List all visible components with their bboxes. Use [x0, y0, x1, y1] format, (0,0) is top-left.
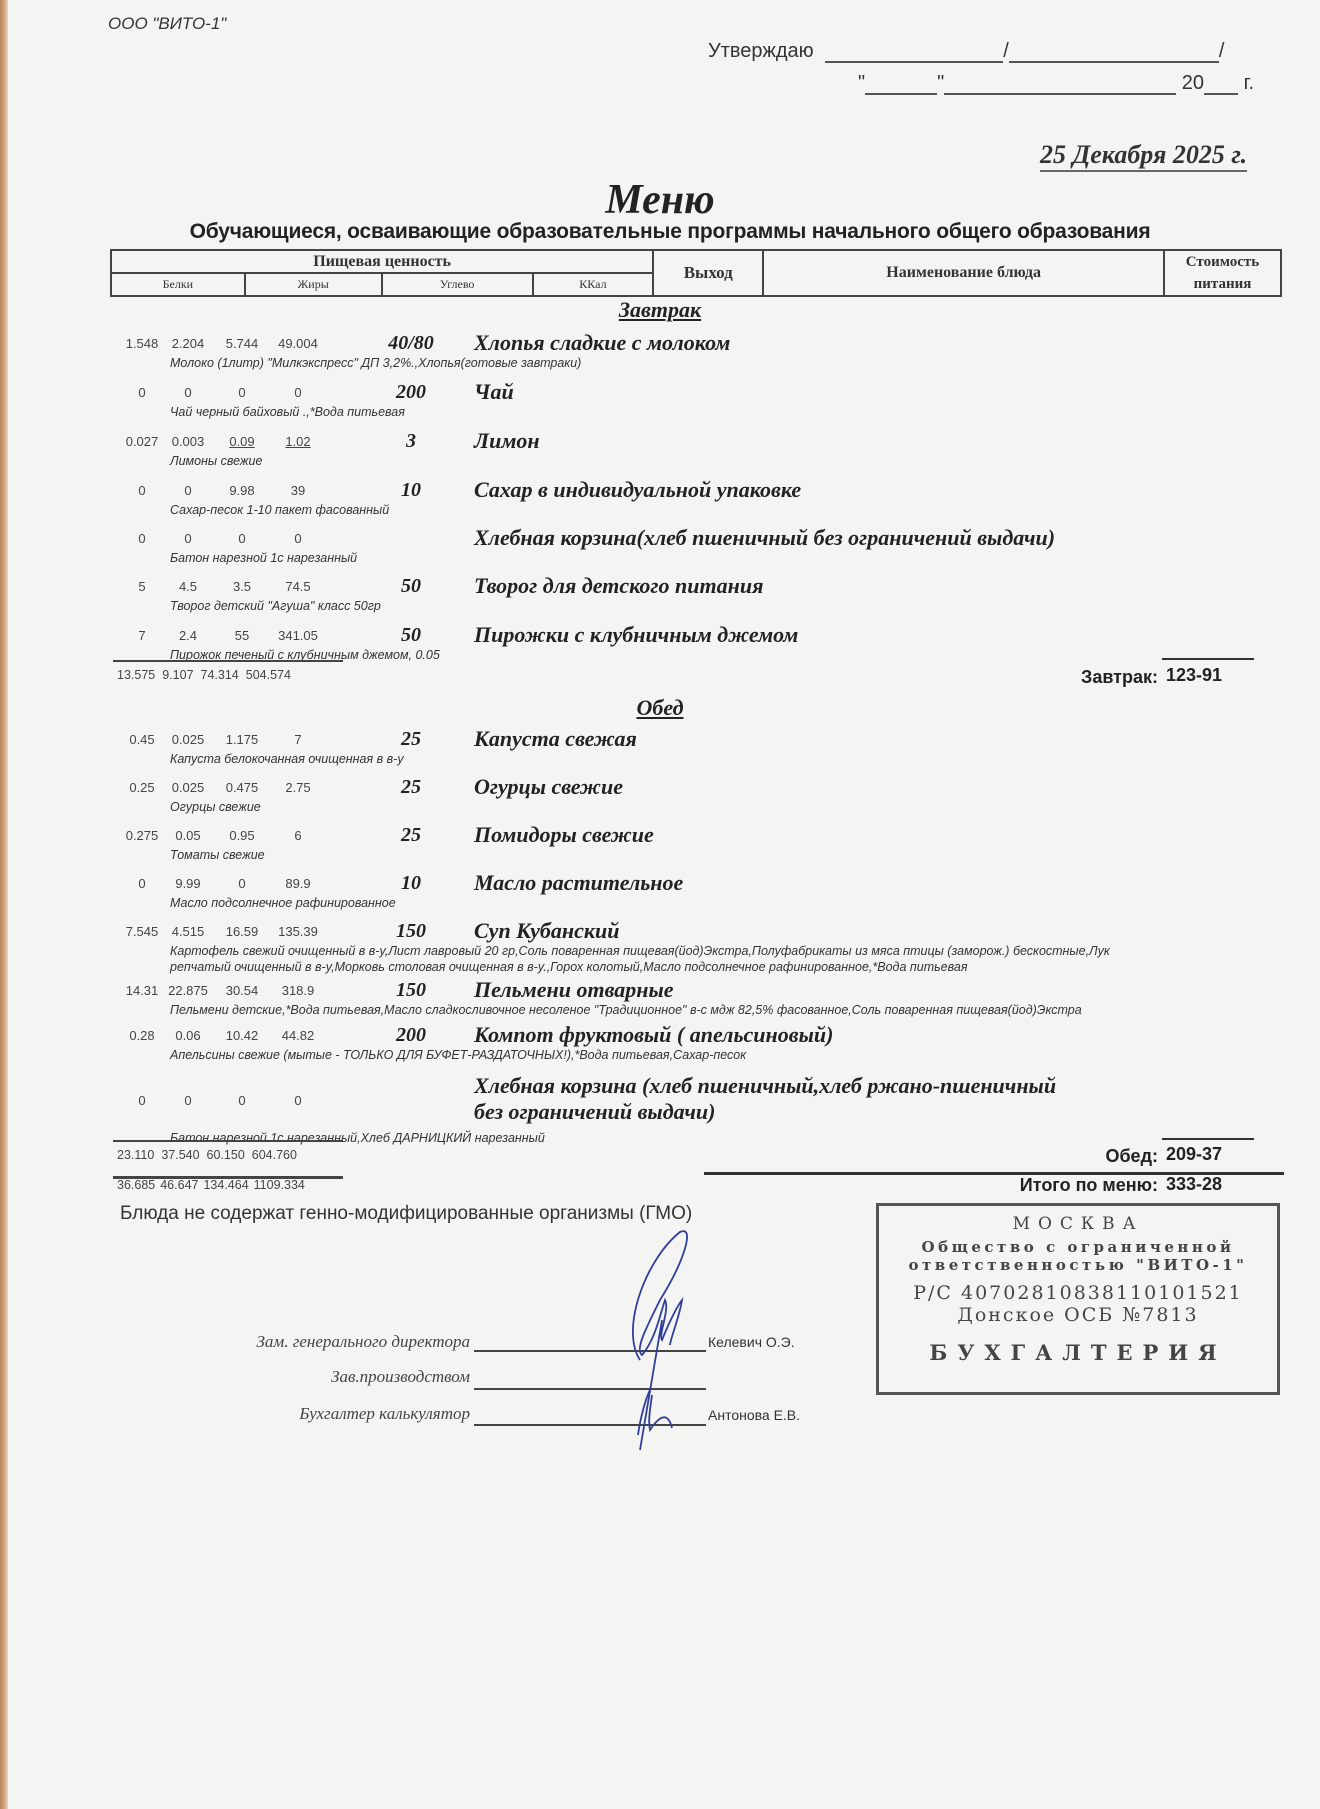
organization-name: ООО "ВИТО-1": [108, 14, 226, 34]
header-fat: Жиры: [245, 273, 382, 296]
nutrient-kcal: 39: [268, 483, 328, 498]
nutrient-carbs: 9.98: [212, 483, 272, 498]
nutrient-carbs: 0: [212, 1093, 272, 1108]
sum-overline: [1162, 658, 1254, 660]
dish-output: 50: [376, 575, 446, 598]
nutrient-fat: 22.875: [158, 983, 218, 998]
nutrient-kcal: 89.9: [268, 876, 328, 891]
total-protein: 23.110: [117, 1148, 154, 1162]
total-fat: 9.107: [162, 668, 193, 682]
nutrient-fat: 0.06: [158, 1028, 218, 1043]
dish-name: Пирожки с клубничным джемом: [474, 622, 798, 648]
menu-date: 25 Декабря 2025 г.: [1040, 140, 1247, 172]
nutrient-carbs: 10.42: [212, 1028, 272, 1043]
dish-name: Сахар в индивидуальной упаковке: [474, 477, 801, 503]
dish-output: 25: [376, 728, 446, 751]
signature-name-deputy-director: Келевич О.Э.: [708, 1334, 795, 1350]
dish-name: Чай: [474, 379, 514, 405]
nutrient-kcal: 1.02: [268, 434, 328, 449]
header-carbs: Углево: [382, 273, 533, 296]
dish-name: Хлопья сладкие с молоком: [474, 330, 730, 356]
approve-date-line: "" 20 г.: [858, 72, 1254, 95]
dish-ingredients: Батон нарезной 1с нарезанный,Хлеб ДАРНИЦ…: [170, 1131, 545, 1145]
section-title-0: Завтрак: [0, 297, 1320, 323]
grand-total-carbs: 134.464: [203, 1178, 248, 1192]
dish-ingredients: Капуста белокочанная очищенная в в-у: [170, 752, 404, 766]
nutrient-kcal: 0: [268, 531, 328, 546]
nutrient-carbs: 30.54: [212, 983, 272, 998]
header-output: Выход: [653, 250, 763, 296]
approve-block: Утверждаю //: [708, 40, 1224, 63]
nutrient-kcal: 49.004: [268, 336, 328, 351]
dish-name: Компот фруктовый ( апельсиновый): [474, 1022, 833, 1048]
dish-name: Хлебная корзина(хлеб пшеничный без огран…: [474, 525, 1055, 551]
nutrient-kcal: 7: [268, 732, 328, 747]
totals-divider: [113, 1140, 343, 1142]
dish-name: Огурцы свежие: [474, 774, 623, 800]
header-dish-name: Наименование блюда: [763, 250, 1164, 296]
dish-ingredients-line2: репчатый очищенный в в-у,Морковь столова…: [170, 960, 968, 974]
header-nutrition-value: Пищевая ценность: [111, 250, 653, 273]
nutrient-fat: 0: [158, 483, 218, 498]
nutrient-fat: 0: [158, 385, 218, 400]
nutrient-kcal: 135.39: [268, 924, 328, 939]
dish-output: 200: [376, 1024, 446, 1047]
section-totals: 23.11037.54060.150604.760: [117, 1148, 304, 1162]
dish-name: Хлебная корзина (хлеб пшеничный,хлеб ржа…: [474, 1073, 1056, 1099]
dish-output: 25: [376, 776, 446, 799]
company-stamp: МОСКВА Общество с ограниченной ответстве…: [876, 1203, 1280, 1395]
nutrient-carbs: 0: [212, 385, 272, 400]
dish-ingredients: Чай черный байховый .,*Вода питьевая: [170, 405, 405, 419]
nutrient-carbs: 3.5: [212, 579, 272, 594]
nutrient-kcal: 318.9: [268, 983, 328, 998]
dish-output: 10: [376, 872, 446, 895]
nutrient-fat: 0.025: [158, 780, 218, 795]
dish-ingredients: Батон нарезной 1с нарезанный: [170, 551, 357, 565]
dish-ingredients: Молоко (1литр) "Милкэкспресс" ДП 3,2%.,Х…: [170, 356, 581, 370]
section-sum-value: 209-37: [1166, 1144, 1222, 1165]
nutrient-kcal: 2.75: [268, 780, 328, 795]
section-totals: 13.5759.10774.314504.574: [117, 668, 298, 682]
dish-ingredients: Апельсины свежие (мытые - ТОЛЬКО ДЛЯ БУФ…: [170, 1048, 746, 1062]
approve-name-line: [1009, 43, 1219, 63]
section-sum-label: Обед:: [1058, 1146, 1158, 1167]
dish-ingredients: Томаты свежие: [170, 848, 265, 862]
dish-ingredients: Огурцы свежие: [170, 800, 261, 814]
grand-total-kcal: 1109.334: [254, 1178, 305, 1192]
dish-output: 150: [376, 979, 446, 1002]
grand-total-protein: 36.685: [117, 1178, 155, 1192]
dish-output: 150: [376, 920, 446, 943]
total-carbs: 60.150: [207, 1148, 245, 1162]
nutrient-kcal: 0: [268, 385, 328, 400]
dish-name: Капуста свежая: [474, 726, 637, 752]
nutrient-kcal: 0: [268, 1093, 328, 1108]
nutrient-carbs: 1.175: [212, 732, 272, 747]
section-sum-value: 123-91: [1166, 665, 1222, 686]
handwritten-signature-icon: [600, 1220, 710, 1450]
nutrient-fat: 4.5: [158, 579, 218, 594]
dish-output: 200: [376, 381, 446, 404]
nutrient-fat: 0: [158, 1093, 218, 1108]
nutrient-fat: 0: [158, 531, 218, 546]
total-fat: 37.540: [161, 1148, 199, 1162]
dish-name-line2: без ограничений выдачи): [474, 1099, 715, 1125]
nutrient-fat: 0.025: [158, 732, 218, 747]
nutrient-fat: 2.4: [158, 628, 218, 643]
nutrient-carbs: 0.09: [212, 434, 272, 449]
total-kcal: 604.760: [252, 1148, 297, 1162]
nutrient-carbs: 5.744: [212, 336, 272, 351]
total-carbs: 74.314: [201, 668, 239, 682]
dish-name: Лимон: [474, 428, 540, 454]
dish-output: 3: [376, 430, 446, 453]
nutrient-carbs: 0.475: [212, 780, 272, 795]
dish-ingredients: Лимоны свежие: [170, 454, 262, 468]
dish-ingredients: Картофель свежий очищенный в в-у,Лист ла…: [170, 944, 1110, 958]
nutrient-fat: 4.515: [158, 924, 218, 939]
total-protein: 13.575: [117, 668, 155, 682]
nutrient-kcal: 341.05: [268, 628, 328, 643]
dish-name: Творог для детского питания: [474, 573, 763, 599]
approve-signature-line: [825, 43, 1003, 63]
grand-total-fat: 46.647: [160, 1178, 198, 1192]
menu-table-header: Пищевая ценность Выход Наименование блюд…: [110, 249, 1282, 297]
dish-ingredients: Творог детский "Агуша" класс 50гр: [170, 599, 381, 613]
nutrient-carbs: 0.95: [212, 828, 272, 843]
signature-name-accountant: Антонова Е.В.: [708, 1407, 800, 1423]
dish-output: 25: [376, 824, 446, 847]
dish-ingredients: Сахар-песок 1-10 пакет фасованный: [170, 503, 389, 517]
header-kcal: ККал: [533, 273, 654, 296]
dish-name: Суп Кубанский: [474, 918, 620, 944]
grand-totals: 36.68546.647134.4641109.334: [117, 1178, 310, 1192]
dish-ingredients: Масло подсолнечное рафинированное: [170, 896, 396, 910]
section-title-1: Обед: [0, 695, 1320, 721]
nutrient-kcal: 74.5: [268, 579, 328, 594]
sum-overline: [1162, 1138, 1254, 1140]
dish-name: Помидоры свежие: [474, 822, 654, 848]
approve-label: Утверждаю: [708, 40, 814, 62]
nutrient-carbs: 0: [212, 876, 272, 891]
nutrient-carbs: 0: [212, 531, 272, 546]
nutrient-carbs: 55: [212, 628, 272, 643]
nutrient-fat: 9.99: [158, 876, 218, 891]
total-kcal: 504.574: [246, 668, 291, 682]
header-cost: Стоимость питания: [1164, 250, 1281, 296]
dish-name: Масло растительное: [474, 870, 683, 896]
header-protein: Белки: [111, 273, 245, 296]
page-subtitle: Обучающиеся, осваивающие образовательные…: [100, 220, 1240, 244]
signature-role-production-head: Зав.производством: [200, 1367, 470, 1387]
grand-total-value: 333-28: [1166, 1174, 1222, 1195]
dish-output: 50: [376, 624, 446, 647]
nutrient-kcal: 44.82: [268, 1028, 328, 1043]
nutrient-fat: 0.003: [158, 434, 218, 449]
dish-ingredients: Пельмени детские,*Вода питьевая,Масло сл…: [170, 1003, 1082, 1017]
signature-role-deputy-director: Зам. генерального директора: [200, 1332, 470, 1352]
dish-output: 40/80: [376, 332, 446, 355]
nutrient-kcal: 6: [268, 828, 328, 843]
signature-role-accountant: Бухгалтер калькулятор: [200, 1404, 470, 1424]
nutrient-carbs: 16.59: [212, 924, 272, 939]
section-sum-label: Завтрак:: [1058, 667, 1158, 688]
page-title: Меню: [0, 176, 1320, 224]
dish-name: Пельмени отварные: [474, 977, 674, 1003]
totals-divider: [113, 660, 343, 662]
dish-output: 10: [376, 479, 446, 502]
grand-total-label: Итого по меню:: [958, 1175, 1158, 1196]
nutrient-fat: 2.204: [158, 336, 218, 351]
nutrient-fat: 0.05: [158, 828, 218, 843]
